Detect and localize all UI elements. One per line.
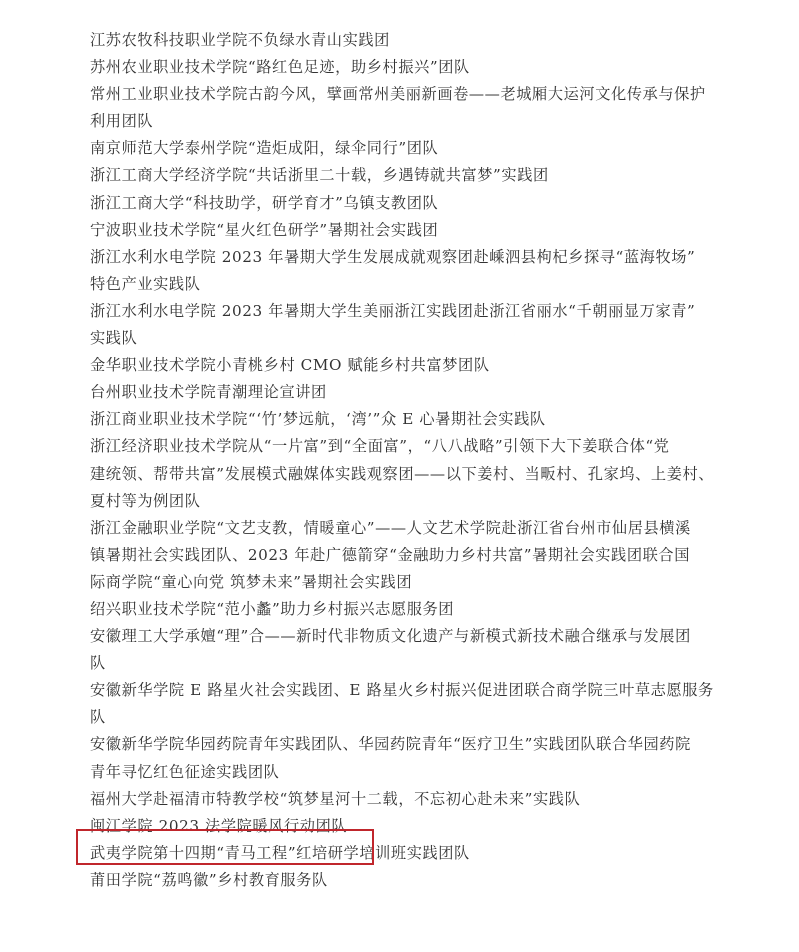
list-line: 建统领、帮带共富”发展模式融媒体实践观察团——以下姜村、当畈村、孔家坞、上姜村、 [90,461,760,488]
team-list: 江苏农牧科技职业学院不负绿水青山实践团 苏州农业职业技术学院“路红色足迹，助乡村… [90,27,760,894]
list-line: 浙江商业职业技术学院“‘竹’梦远航，‘湾’”众 E 心暑期社会实践队 [90,406,760,433]
list-line: 实践队 [90,325,760,352]
list-line: 浙江工商大学“科技助学，研学育才”乌镇支教团队 [90,190,760,217]
list-line: 利用团队 [90,108,760,135]
list-line: 夏村等为例团队 [90,488,760,515]
list-line: 浙江水利水电学院 2023 年暑期大学生发展成就观察团赴嵊泗县枸杞乡探寻“蓝海牧… [90,244,760,271]
list-line: 宁波职业技术学院“星火红色研学”暑期社会实践团 [90,217,760,244]
list-line: 特色产业实践队 [90,271,760,298]
list-line: 浙江水利水电学院 2023 年暑期大学生美丽浙江实践团赴浙江省丽水“千朝丽显万家… [90,298,760,325]
list-line: 金华职业技术学院小青桃乡村 CMO 赋能乡村共富梦团队 [90,352,760,379]
list-line: 常州工业职业技术学院古韵今风，擘画常州美丽新画卷——老城厢大运河文化传承与保护 [90,81,760,108]
list-line: 安徽理工大学承嬗“理”合——新时代非物质文化遗产与新模式新技术融合继承与发展团 [90,623,760,650]
list-line: 台州职业技术学院青潮理论宣讲团 [90,379,760,406]
list-line: 浙江经济职业技术学院从“一片富”到“全面富”，“八八战略”引领下大下姜联合体“党 [90,433,760,460]
list-line: 绍兴职业技术学院“范小蠡”助力乡村振兴志愿服务团 [90,596,760,623]
list-line: 队 [90,704,760,731]
list-line: 队 [90,650,760,677]
list-line: 苏州农业职业技术学院“路红色足迹，助乡村振兴”团队 [90,54,760,81]
list-line: 镇暑期社会实践团队、2023 年赴广德箭穿“金融助力乡村共富”暑期社会实践团联合… [90,542,760,569]
highlighted-list-line: 闽江学院 2023 法学院暖风行动团队 [90,813,760,840]
list-line: 安徽新华学院华园药院青年实践团队、华园药院青年“医疗卫生”实践团队联合华园药院 [90,731,760,758]
list-line: 浙江工商大学经济学院“共话浙里二十载，乡遇铸就共富梦”实践团 [90,162,760,189]
list-line: 安徽新华学院 E 路星火社会实践团、E 路星火乡村振兴促进团联合商学院三叶草志愿… [90,677,760,704]
list-line: 江苏农牧科技职业学院不负绿水青山实践团 [90,27,760,54]
list-line: 武夷学院第十四期“青马工程”红培研学培训班实践团队 [90,840,760,867]
list-line: 青年寻忆红色征途实践团队 [90,759,760,786]
list-line: 福州大学赴福清市特教学校“筑梦星河十二载，不忘初心赴未来”实践队 [90,786,760,813]
list-line: 际商学院“童心向党 筑梦未来”暑期社会实践团 [90,569,760,596]
document-page: 江苏农牧科技职业学院不负绿水青山实践团 苏州农业职业技术学院“路红色足迹，助乡村… [0,0,799,952]
list-line: 南京师范大学泰州学院“造炬成阳，绿伞同行”团队 [90,135,760,162]
list-line: 莆田学院“荔鸣徽”乡村教育服务队 [90,867,760,894]
list-line: 浙江金融职业学院“文艺支教，情暖童心”——人文艺术学院赴浙江省台州市仙居县横溪 [90,515,760,542]
